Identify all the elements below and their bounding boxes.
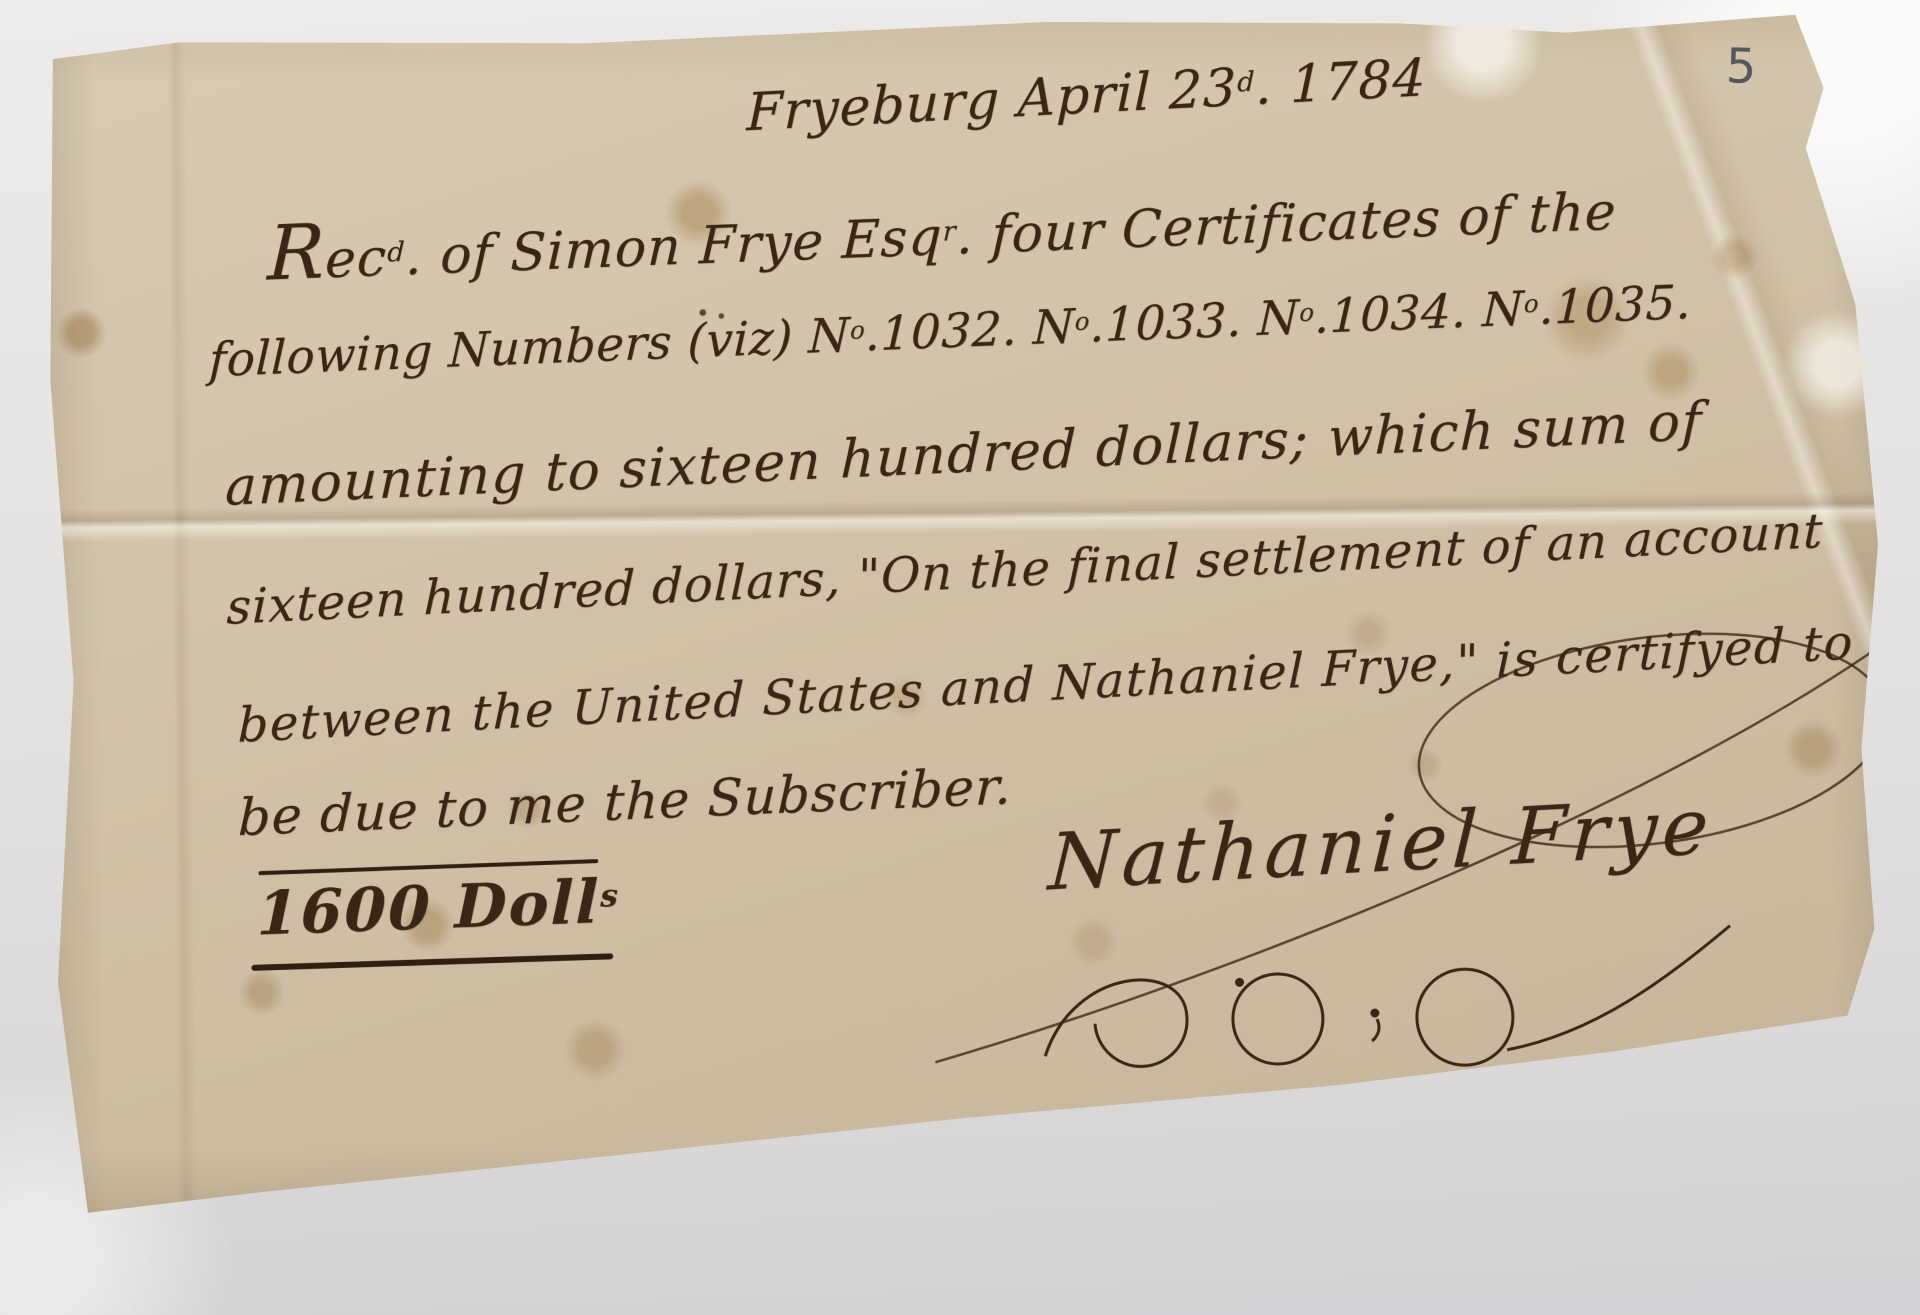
no-sup-3: o <box>1299 298 1315 328</box>
no-sup-4: o <box>1524 289 1540 319</box>
dateline-place-month-day: Fryeburg April 23 <box>746 58 1238 143</box>
dateline-day-suffix: d <box>1237 67 1256 99</box>
amount-dollars: 1600 Doll <box>256 867 600 949</box>
received-abbrev: Rec <box>267 228 389 293</box>
no-sup-1: o <box>850 315 866 345</box>
certificate-numbers-line: following Numbers (viz) No.1032. No.1033… <box>208 275 1692 388</box>
amounting-line: amounting to sixteen hundred dollars; wh… <box>224 391 1703 518</box>
document-paper: Fryeburg April 23d. 1784 Recd. of Simon … <box>30 3 1891 1223</box>
no-sup-2: o <box>1074 306 1090 336</box>
page-number-pencil: 5 <box>1725 38 1757 95</box>
received-line: Recd. of Simon Frye Esqr. four Certifica… <box>266 159 1618 298</box>
dateline-year: . 1784 <box>1255 48 1427 117</box>
number-1032: .1032. N <box>864 299 1075 362</box>
received-of-simon-frye: . of Simon Frye Esq <box>404 207 943 287</box>
between-united-states-line: between the United States and Nathaniel … <box>237 614 1854 753</box>
sum-settlement-line: sixteen hundred dollars, "On the final s… <box>226 503 1824 636</box>
amount-rule-bottom <box>251 953 613 971</box>
received-abbrev-sup: d <box>387 237 406 269</box>
number-1033: .1033. N <box>1089 290 1300 353</box>
amount-dollars-sup: s <box>600 878 620 915</box>
number-1034: .1034. N <box>1314 281 1525 344</box>
dateline: Fryeburg April 23d. 1784 <box>746 48 1427 143</box>
signature: Nathaniel Frye <box>1046 782 1715 909</box>
received-certificates: . four Certificates of the <box>956 182 1618 267</box>
amount-value: 1600 Dolls <box>256 866 620 949</box>
numbers-intro: following Numbers (viz) N <box>208 308 851 388</box>
due-subscriber-line: be due to me the Subscriber. <box>237 757 1013 848</box>
number-1035: .1035. <box>1538 275 1692 336</box>
